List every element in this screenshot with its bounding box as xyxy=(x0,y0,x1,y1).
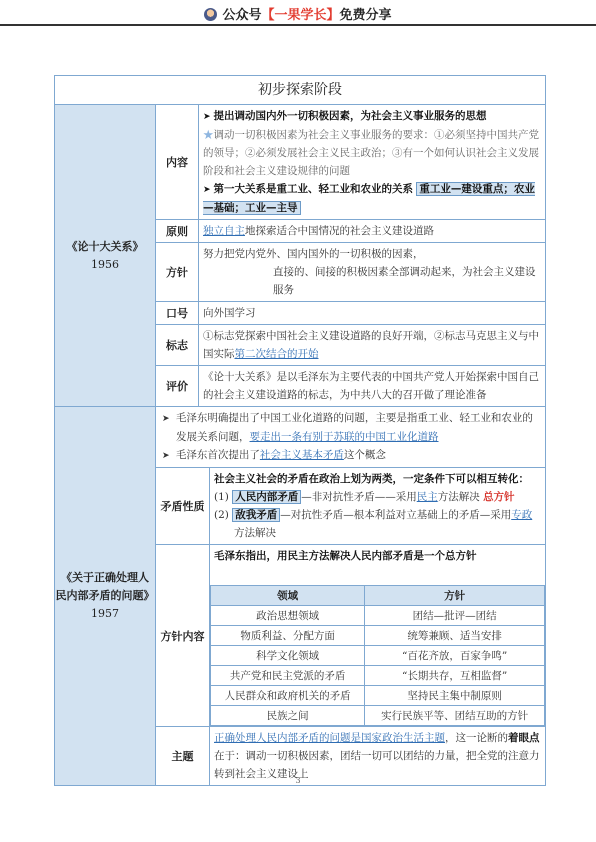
header-suffix: 免费分享 xyxy=(340,8,392,23)
slogan-text: 向外国学习 xyxy=(199,302,545,324)
page-header: 公众号【一果学长】免费分享 xyxy=(0,0,596,26)
row-content: 内容 ➤提出调动国内外一切积极因素，为社会主义事业服务的思想 ★调动一切积极因素… xyxy=(156,105,545,220)
table-row: 物质利益、分配方面统筹兼顾、适当安排 xyxy=(211,626,545,646)
row-label: 标志 xyxy=(156,325,199,365)
header-prefix: 公众号 xyxy=(222,8,261,23)
row-label: 口号 xyxy=(156,302,199,324)
tag-general-policy: 总方针 xyxy=(483,491,515,503)
table-header-row: 领域 方针 xyxy=(211,586,545,606)
link-independence[interactable]: 独立自主 xyxy=(203,225,245,237)
row-nature: 矛盾性质 社会主义社会的矛盾在政治上划为两类，一定条件下可以相互转化： (1) … xyxy=(156,468,545,545)
star-icon: ★ xyxy=(203,129,214,141)
row-label: 方针 xyxy=(156,243,199,301)
page-number: 3 xyxy=(0,776,596,785)
row-label: 评价 xyxy=(156,366,199,406)
intro-point: ➤ 毛泽东首次提出了社会主义基本矛盾这个概念 xyxy=(160,446,541,465)
section-name: 民内部矛盾的问题》 xyxy=(56,587,155,605)
intro-point: ➤ 毛泽东明确提出了中国工业化道路的问题，主要是指重工业、轻工业和农业的发展关系… xyxy=(160,409,541,446)
arrow-bullet-icon: ➤ xyxy=(203,185,211,195)
section-name: 《论十大关系》 xyxy=(67,238,144,256)
policy-text: 直接的、间接的积极因素全部调动起来，为社会主义建设服务 xyxy=(203,263,541,299)
row-label: 原则 xyxy=(156,220,199,242)
table-row: 共产党和民主党派的矛盾“长期共存，互相监督” xyxy=(211,666,545,686)
column-header: 方针 xyxy=(365,586,545,606)
table-row: 科学文化领域“百花齐放，百家争鸣” xyxy=(211,646,545,666)
highlight-box: 敌我矛盾 xyxy=(232,508,280,522)
content-point: ➤第一大关系是重工业、轻工业和农业的关系 重工业—建设重点；农业—基础；工业—主… xyxy=(203,180,541,217)
row-policy: 方针 努力把党内党外、国内国外的一切积极的因素， 直接的、间接的积极因素全部调动… xyxy=(156,243,545,302)
avatar-icon xyxy=(204,8,217,21)
row-slogan: 口号 向外国学习 xyxy=(156,302,545,325)
section-heading: 《论十大关系》 1956 xyxy=(55,105,156,406)
column-header: 领域 xyxy=(211,586,365,606)
row-policy-content: 方针内容 毛泽东指出，用民主方法解决人民内部矛盾是一个总方针 领域 方针 政治思… xyxy=(156,545,545,727)
link-second-combination[interactable]: 第二次结合的开始 xyxy=(235,348,319,360)
link-dictatorship[interactable]: 专政 xyxy=(511,509,532,521)
policy-text: 努力把党内党外、国内国外的一切积极的因素， xyxy=(203,245,541,263)
table-row: 政治思想领域团结—批评—团结 xyxy=(211,606,545,626)
nature-heading: 社会主义社会的矛盾在政治上划为两类，一定条件下可以相互转化： xyxy=(214,470,541,488)
row-label: 矛盾性质 xyxy=(156,468,210,544)
row-label: 内容 xyxy=(156,105,199,219)
link-industrialization[interactable]: 要走出一条有别于苏联的中国工业化道路 xyxy=(250,431,439,443)
arrow-bullet-icon: ➤ xyxy=(203,112,211,122)
row-label: 方针内容 xyxy=(156,545,210,726)
row-intro: ➤ 毛泽东明确提出了中国工业化道路的问题，主要是指重工业、轻工业和农业的发展关系… xyxy=(156,407,545,468)
nature-item: (2) 敌我矛盾—对抗性矛盾—根本利益对立基础上的矛盾—采用专政方法解决 xyxy=(214,506,541,542)
section-year: 1957 xyxy=(91,605,119,623)
link-democracy[interactable]: 民主 xyxy=(417,491,438,503)
table-row: 民族之间实行民族平等、团结互助的方针 xyxy=(211,706,545,726)
policy-heading: 毛泽东指出，用民主方法解决人民内部矛盾是一个总方针 xyxy=(210,545,545,585)
row-evaluation: 评价 《论十大关系》是以毛泽东为主要代表的中国共产党人开始探索中国自己的社会主义… xyxy=(156,366,545,406)
highlight-box: 人民内部矛盾 xyxy=(232,490,301,504)
header-brand: 【一果学长】 xyxy=(261,8,339,23)
nature-item: (1) 人民内部矛盾—非对抗性矛盾——采用民主方法解决 总方针 xyxy=(214,488,541,506)
section-name: 《关于正确处理人 xyxy=(61,569,149,587)
section-ten-relations: 《论十大关系》 1956 内容 ➤提出调动国内外一切积极因素，为社会主义事业服务… xyxy=(55,105,545,407)
content-note: ★调动一切积极因素为社会主义事业服务的要求：①必须坚持中国共产党的领导；②必须发… xyxy=(203,126,541,180)
link-basic-contradiction[interactable]: 社会主义基本矛盾 xyxy=(260,449,344,461)
policy-table: 领域 方针 政治思想领域团结—批评—团结 物质利益、分配方面统筹兼顾、适当安排 … xyxy=(210,585,545,726)
content-point: ➤提出调动国内外一切积极因素，为社会主义事业服务的思想 xyxy=(203,107,541,126)
link-theme[interactable]: 正确处理人民内部矛盾的问题是国家政治生活主题 xyxy=(214,732,445,744)
arrow-bullet-icon: ➤ xyxy=(162,451,170,461)
section-internal-contradictions: 《关于正确处理人 民内部矛盾的问题》 1957 ➤ 毛泽东明确提出了中国工业化道… xyxy=(55,407,545,785)
table-row: 人民群众和政府机关的矛盾坚持民主集中制原则 xyxy=(211,686,545,706)
table-title: 初步探索阶段 xyxy=(55,76,545,105)
summary-table: 初步探索阶段 《论十大关系》 1956 内容 ➤提出调动国内外一切积极因素，为社… xyxy=(54,75,546,786)
header-divider xyxy=(0,24,596,26)
row-sign: 标志 ①标志党探索中国社会主义建设道路的良好开端，②标志马克思主义与中国实际第二… xyxy=(156,325,545,366)
section-heading: 《关于正确处理人 民内部矛盾的问题》 1957 xyxy=(55,407,156,785)
evaluation-text: 《论十大关系》是以毛泽东为主要代表的中国共产党人开始探索中国自己的社会主义建设道… xyxy=(199,366,545,406)
arrow-bullet-icon: ➤ xyxy=(162,414,170,424)
row-principle: 原则 独立自主地探索适合中国情况的社会主义建设道路 xyxy=(156,220,545,243)
section-year: 1956 xyxy=(91,256,119,274)
